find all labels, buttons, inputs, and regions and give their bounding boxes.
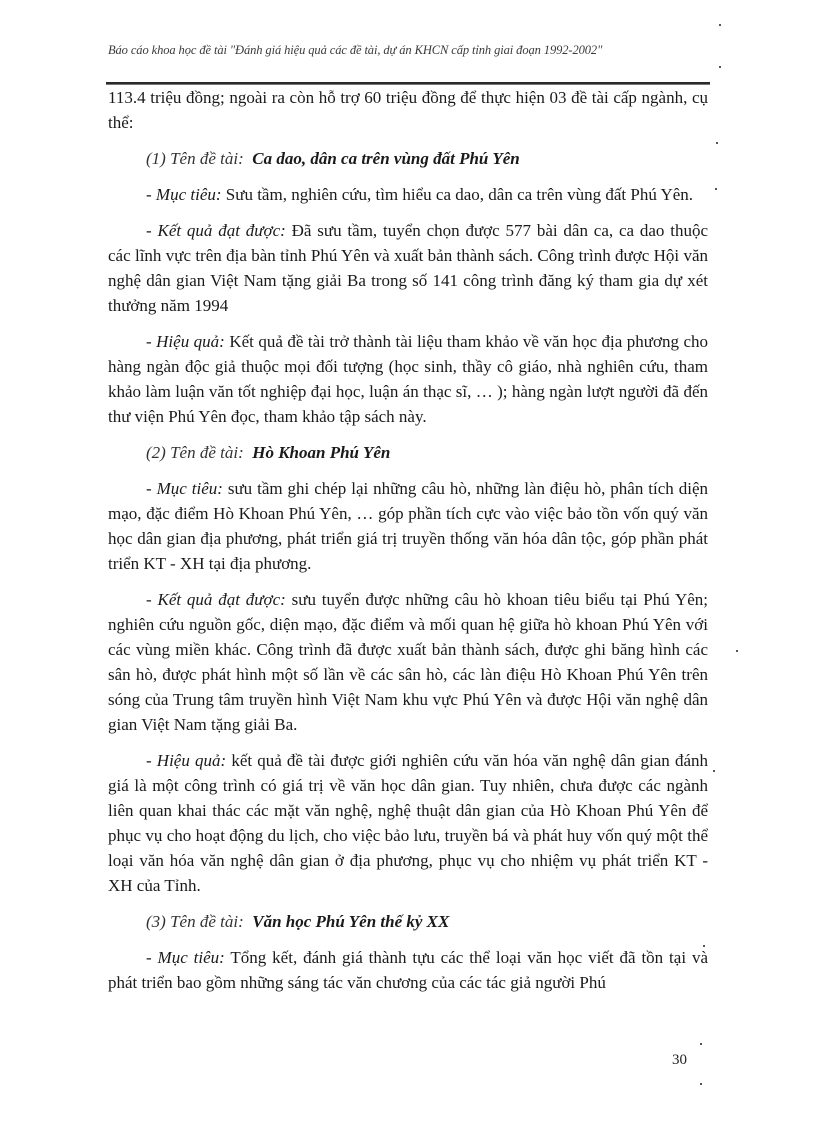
objective-text: Sưu tầm, nghiên cứu, tìm hiểu ca dao, dâ…	[222, 185, 694, 204]
scan-speck	[719, 66, 721, 68]
scan-speck	[703, 945, 705, 947]
topic-title-name: Ca dao, dân ca trên vùng đất Phú Yên	[252, 149, 519, 168]
scan-speck	[719, 24, 721, 26]
running-header: Báo cáo khoa học đề tài "Đánh giá hiệu q…	[108, 43, 708, 58]
topic-2-title: (2) Tên đề tài: Hò Khoan Phú Yên	[108, 440, 708, 465]
topic-title-name: Văn học Phú Yên thế kỷ XX	[252, 912, 449, 931]
scan-speck	[713, 770, 715, 772]
scan-speck	[715, 188, 717, 190]
topic-1-title: (1) Tên đề tài: Ca dao, dân ca trên vùng…	[108, 146, 708, 171]
topic-1-effectiveness: - Hiệu quả: Kết quả đề tài trở thành tài…	[108, 329, 708, 429]
page-number: 30	[672, 1052, 687, 1069]
topic-title-label: (2) Tên đề tài:	[146, 443, 244, 462]
results-text: sưu tuyển được những câu hò khoan tiêu b…	[108, 590, 708, 734]
effectiveness-label: - Hiệu quả:	[146, 332, 225, 351]
scan-speck	[700, 1043, 702, 1045]
topic-2-effectiveness: - Hiệu quả: kết quả đề tài được giới ngh…	[108, 748, 708, 898]
objective-label: - Mục tiêu:	[146, 479, 223, 498]
effectiveness-label: - Hiệu quả:	[146, 751, 226, 770]
intro-paragraph: 113.4 triệu đồng; ngoài ra còn hỗ trợ 60…	[108, 85, 708, 135]
topic-2-results: - Kết quả đạt được: sưu tuyển được những…	[108, 587, 708, 737]
topic-title-label: (3) Tên đề tài:	[146, 912, 244, 931]
topic-3-title: (3) Tên đề tài: Văn học Phú Yên thế kỷ X…	[108, 909, 708, 934]
topic-3-objective: - Mục tiêu: Tổng kết, đánh giá thành tựu…	[108, 945, 708, 995]
topic-2-objective: - Mục tiêu: sưu tầm ghi chép lại những c…	[108, 476, 708, 576]
scan-speck	[736, 650, 738, 652]
topic-title-label: (1) Tên đề tài:	[146, 149, 244, 168]
objective-label: - Mục tiêu:	[146, 948, 225, 967]
scan-speck	[700, 1083, 702, 1085]
topic-1-results: - Kết quả đạt được: Đã sưu tầm, tuyển ch…	[108, 218, 708, 318]
document-body: 113.4 triệu đồng; ngoài ra còn hỗ trợ 60…	[108, 85, 708, 995]
topic-title-name: Hò Khoan Phú Yên	[252, 443, 390, 462]
results-label: - Kết quả đạt được:	[146, 590, 286, 609]
objective-label: - Mục tiêu:	[146, 185, 222, 204]
scan-speck	[716, 142, 718, 144]
results-label: - Kết quả đạt được:	[146, 221, 286, 240]
document-page: Báo cáo khoa học đề tài "Đánh giá hiệu q…	[0, 0, 816, 1123]
effectiveness-text: kết quả đề tài được giới nghiên cứu văn …	[108, 751, 708, 895]
topic-1-objective: - Mục tiêu: Sưu tầm, nghiên cứu, tìm hiể…	[108, 182, 708, 207]
